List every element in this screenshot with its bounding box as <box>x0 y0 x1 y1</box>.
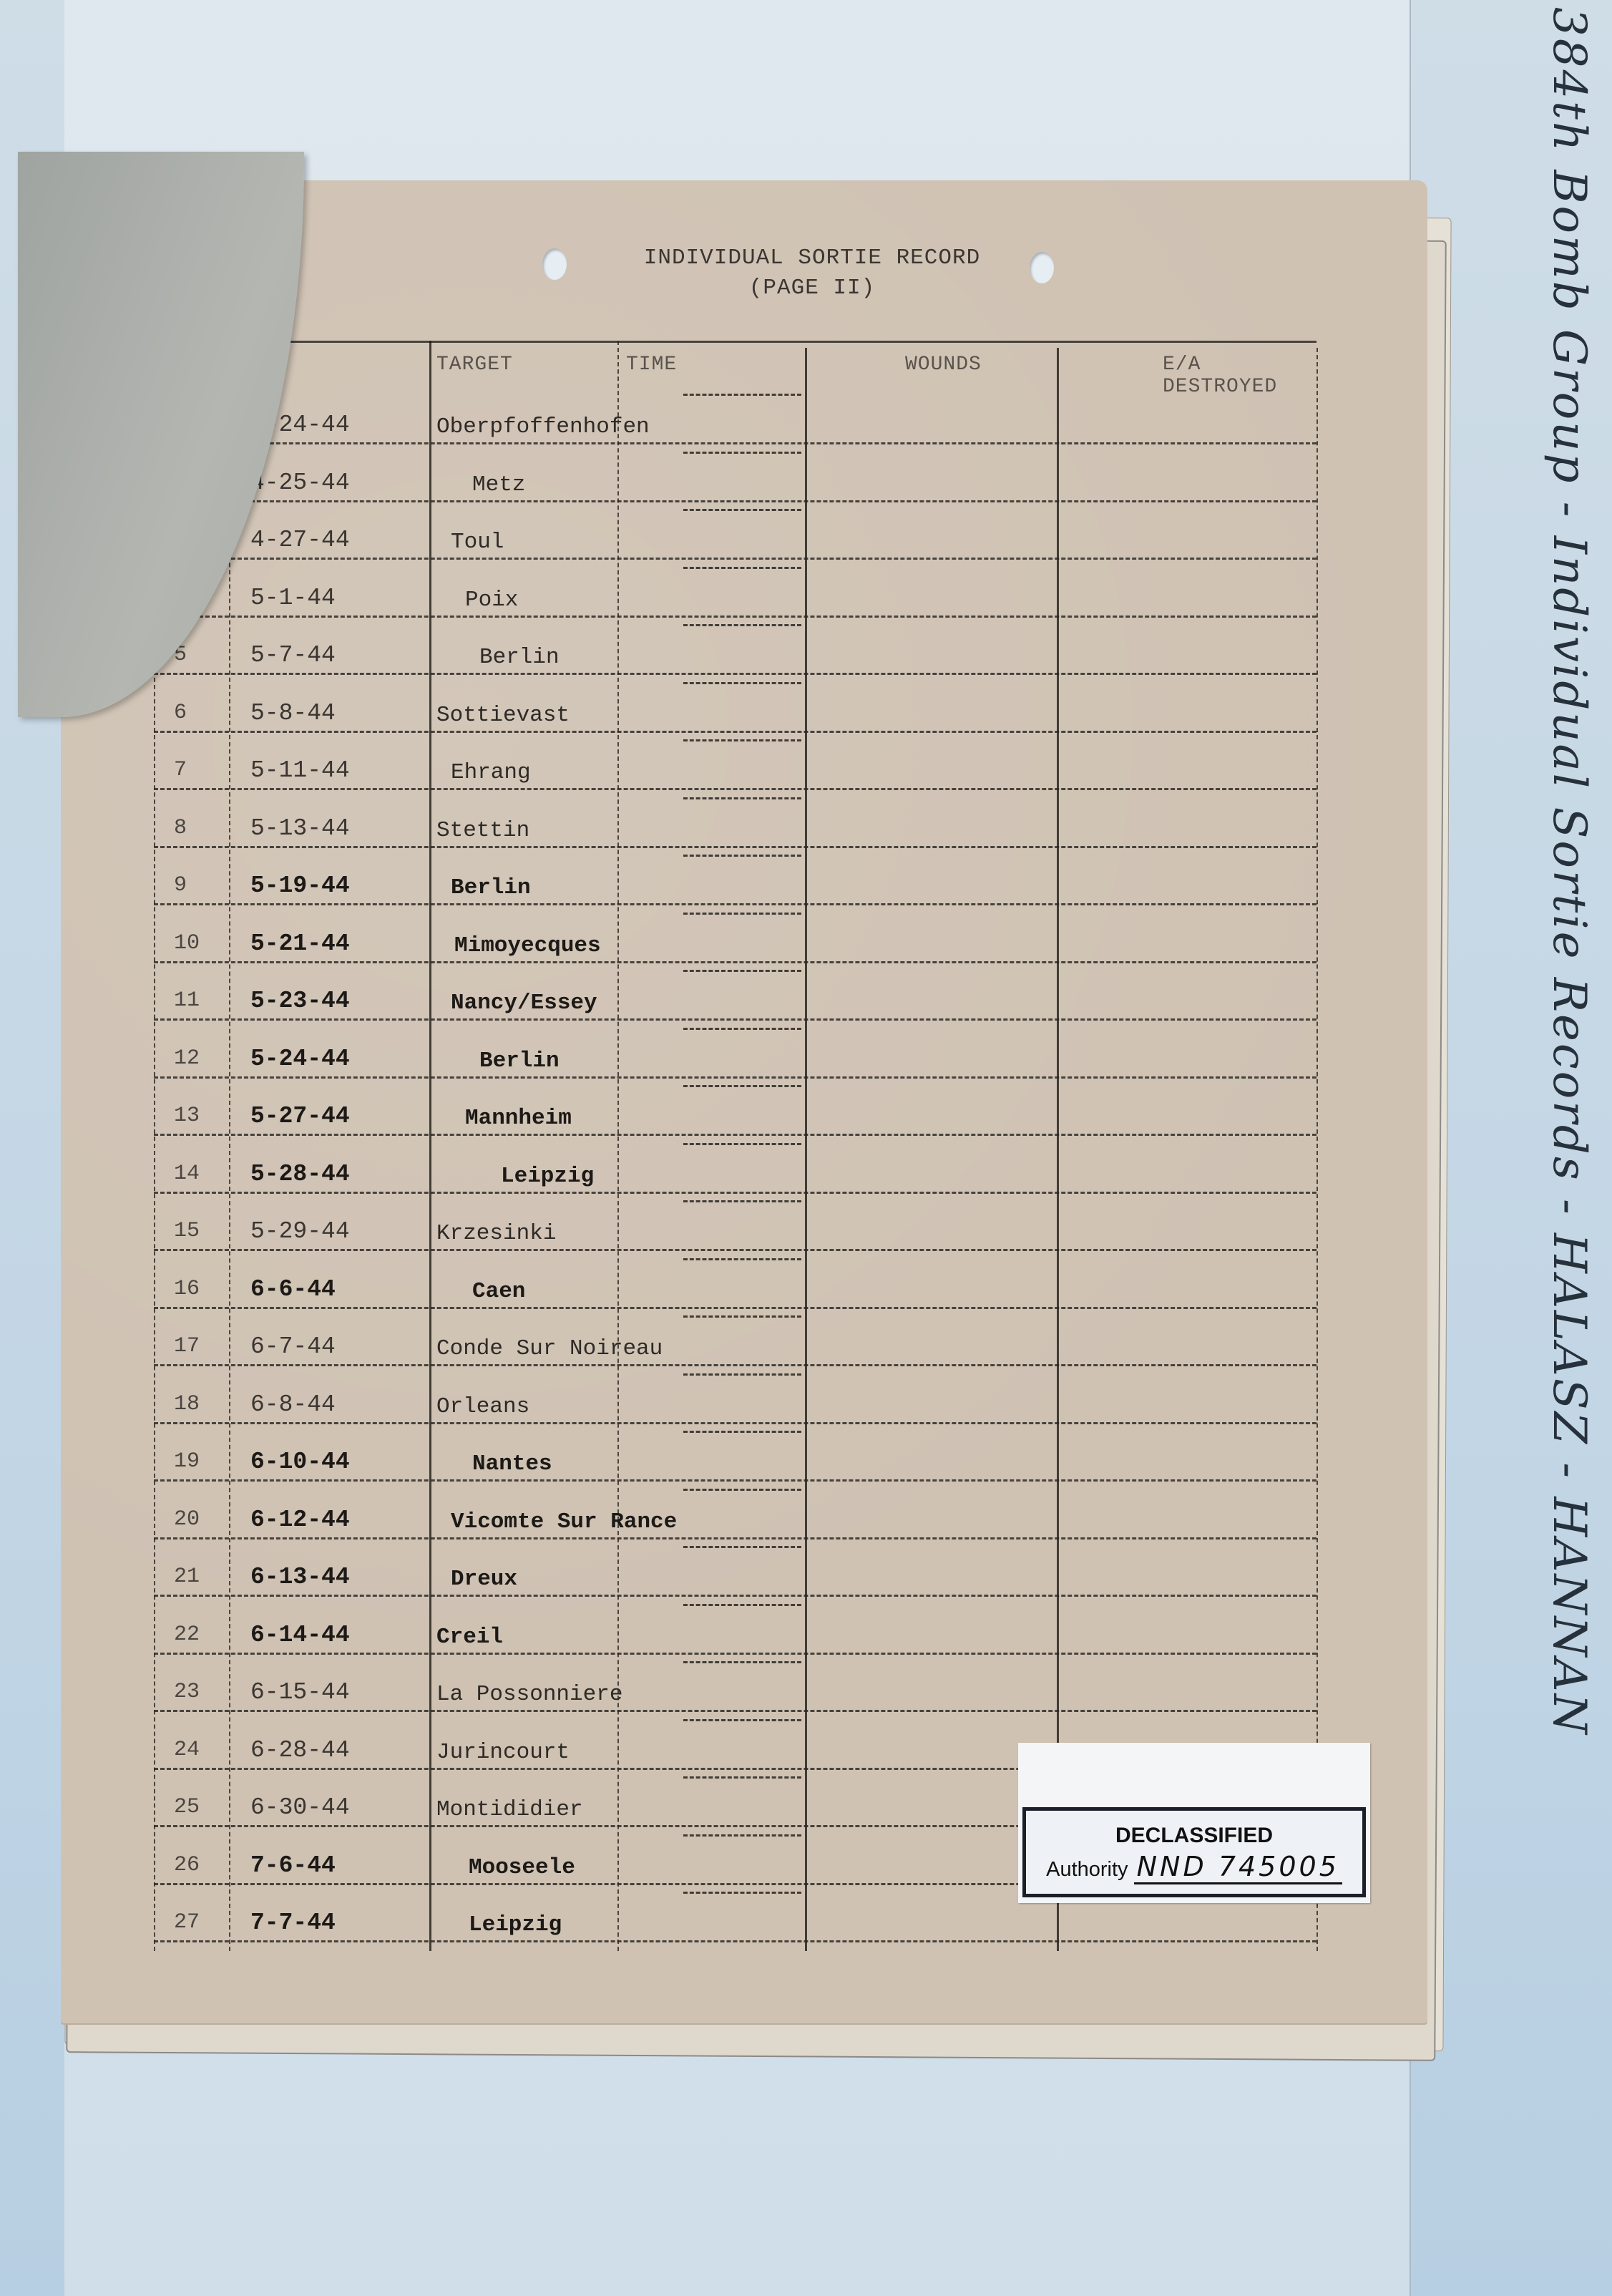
time-blank-dashes <box>683 1892 801 1894</box>
column-header-time: TIME <box>626 354 677 376</box>
table-row: 125-24-44Berlin <box>154 1019 1317 1076</box>
sortie-table: DATE TARGET TIME WOUNDS E/A DESTROYED 14… <box>154 341 1317 1951</box>
time-blank-dashes <box>683 624 801 626</box>
declassified-box: DECLASSIFIED Authority NND 745005 <box>1022 1807 1366 1897</box>
sortie-target: Stettin <box>436 818 529 843</box>
row-rule <box>154 1940 1317 1942</box>
row-number: 24 <box>174 1738 200 1762</box>
sortie-date: 6-12-44 <box>250 1507 350 1533</box>
time-blank-dashes <box>683 1200 801 1202</box>
time-blank-dashes <box>683 1546 801 1548</box>
sortie-target: Dreux <box>451 1567 517 1592</box>
time-blank-dashes <box>683 970 801 972</box>
time-blank-dashes <box>683 797 801 799</box>
sortie-target: Ehrang <box>451 760 531 785</box>
time-blank-dashes <box>683 567 801 569</box>
table-top-border <box>154 341 1317 343</box>
row-number: 22 <box>174 1623 200 1647</box>
sortie-date: 6-30-44 <box>250 1794 350 1821</box>
table-row: 155-29-44Krzesinki <box>154 1192 1317 1249</box>
sortie-date: 5-8-44 <box>250 700 336 726</box>
time-blank-dashes <box>683 1258 801 1260</box>
sortie-date: 5-11-44 <box>250 757 350 784</box>
time-blank-dashes <box>683 1431 801 1433</box>
sortie-target: Montididier <box>436 1797 583 1822</box>
row-number: 20 <box>174 1507 200 1532</box>
row-number: 8 <box>174 816 187 840</box>
table-row: 216-13-44Dreux <box>154 1537 1317 1595</box>
table-row: 65-8-44Sottievast <box>154 673 1317 731</box>
row-number: 7 <box>174 758 187 782</box>
title-text: INDIVIDUAL SORTIE RECORD <box>562 243 1063 273</box>
row-number: 6 <box>174 701 187 725</box>
time-blank-dashes <box>683 394 801 396</box>
sortie-target: Leipzig <box>501 1164 594 1189</box>
sortie-date: 5-24-44 <box>250 1046 350 1072</box>
table-row: 176-7-44Conde Sur Noireau <box>154 1307 1317 1364</box>
document-title: INDIVIDUAL SORTIE RECORD (PAGE II) <box>562 243 1063 303</box>
row-number: 15 <box>174 1219 200 1243</box>
time-blank-dashes <box>683 509 801 511</box>
sortie-date: 6-6-44 <box>250 1276 336 1303</box>
sortie-target: Vicomte Sur Rance <box>451 1509 677 1534</box>
time-blank-dashes <box>683 682 801 684</box>
table-row: 196-10-44Nantes <box>154 1422 1317 1479</box>
sortie-date: 4-25-44 <box>250 470 350 496</box>
sortie-target: Jurincourt <box>436 1740 570 1765</box>
sortie-target: Berlin <box>451 875 531 900</box>
sortie-date: 7-6-44 <box>250 1852 336 1879</box>
time-blank-dashes <box>683 739 801 741</box>
declassified-title: DECLASSIFIED <box>1026 1824 1362 1848</box>
table-row: 34-27-44Toul <box>154 500 1317 558</box>
table-row: 14-24-44Oberpfoffenhofen <box>154 385 1317 442</box>
sortie-date: 5-21-44 <box>250 930 350 957</box>
sortie-target: Nancy/Essey <box>451 991 597 1016</box>
sortie-target: Creil <box>436 1625 503 1650</box>
sortie-date: 6-15-44 <box>250 1679 350 1706</box>
sortie-date: 4-27-44 <box>250 527 350 553</box>
declassified-authority: Authority NND 745005 <box>1026 1851 1362 1884</box>
sortie-date: 5-13-44 <box>250 815 350 842</box>
time-blank-dashes <box>683 1373 801 1376</box>
time-blank-dashes <box>683 1143 801 1145</box>
sortie-target: Poix <box>465 588 518 613</box>
declassified-label: DECLASSIFIED Authority NND 745005 <box>1018 1743 1370 1903</box>
table-row: 85-13-44Stettin <box>154 789 1317 846</box>
table-row: 105-21-44Mimoyecques <box>154 904 1317 961</box>
table-row: 226-14-44Creil <box>154 1595 1317 1653</box>
row-number: 12 <box>174 1046 200 1071</box>
sortie-target: Mannheim <box>465 1106 572 1131</box>
sortie-target: Toul <box>451 530 504 555</box>
sortie-date: 5-23-44 <box>250 988 350 1014</box>
handwritten-margin-note: 384th Bomb Group - Individual Sortie Rec… <box>1524 7 1596 1510</box>
row-number: 25 <box>174 1795 200 1819</box>
time-blank-dashes <box>683 1315 801 1318</box>
table-row: 166-6-44Caen <box>154 1250 1317 1307</box>
sortie-target: Orleans <box>436 1394 529 1419</box>
row-number: 11 <box>174 988 200 1013</box>
row-number: 26 <box>174 1853 200 1877</box>
sortie-date: 5-1-44 <box>250 585 336 611</box>
table-row: 206-12-44Vicomte Sur Rance <box>154 1480 1317 1537</box>
sortie-date: 5-19-44 <box>250 872 350 899</box>
sortie-target: Conde Sur Noireau <box>436 1336 663 1361</box>
sortie-target: Metz <box>472 472 525 497</box>
table-row: 75-11-44Ehrang <box>154 731 1317 788</box>
time-blank-dashes <box>683 855 801 857</box>
sortie-target: Caen <box>472 1279 525 1304</box>
table-row: 24-25-44Metz <box>154 443 1317 500</box>
time-blank-dashes <box>683 913 801 915</box>
table-row: 45-1-44Poix <box>154 558 1317 616</box>
sortie-date: 5-27-44 <box>250 1103 350 1129</box>
row-number: 17 <box>174 1334 200 1358</box>
sortie-target: Mimoyecques <box>454 933 601 958</box>
time-blank-dashes <box>683 1604 801 1606</box>
authority-label: Authority <box>1046 1858 1128 1881</box>
table-row: 186-8-44Orleans <box>154 1365 1317 1422</box>
sortie-target: Oberpfoffenhofen <box>436 414 650 439</box>
row-number: 23 <box>174 1680 200 1704</box>
table-row: 135-27-44Mannheim <box>154 1076 1317 1134</box>
table-row: 115-23-44Nancy/Essey <box>154 961 1317 1018</box>
sortie-date: 5-7-44 <box>250 642 336 668</box>
column-header-target: TARGET <box>436 354 513 376</box>
sortie-target: Nantes <box>472 1451 552 1477</box>
sortie-date: 6-7-44 <box>250 1333 336 1360</box>
table-row: 145-28-44Leipzig <box>154 1134 1317 1192</box>
sortie-target: Krzesinki <box>436 1221 556 1246</box>
time-blank-dashes <box>683 1776 801 1779</box>
sortie-date: 6-28-44 <box>250 1737 350 1764</box>
row-number: 18 <box>174 1392 200 1416</box>
sortie-date: 6-8-44 <box>250 1391 336 1418</box>
sortie-date: 6-13-44 <box>250 1564 350 1590</box>
column-rule <box>1317 348 1318 1951</box>
time-blank-dashes <box>683 1028 801 1030</box>
sortie-target: Berlin <box>479 645 560 670</box>
row-number: 16 <box>174 1277 200 1301</box>
row-number: 14 <box>174 1162 200 1186</box>
sortie-target: La Possonniere <box>436 1682 622 1707</box>
sortie-target: Leipzig <box>469 1912 562 1937</box>
row-number: 19 <box>174 1449 200 1474</box>
row-number: 9 <box>174 873 187 898</box>
row-number: 10 <box>174 931 200 955</box>
time-blank-dashes <box>683 1489 801 1491</box>
table-row: 55-7-44Berlin <box>154 616 1317 673</box>
subtitle-text: (PAGE II) <box>562 273 1063 303</box>
time-blank-dashes <box>683 1834 801 1837</box>
row-number: 21 <box>174 1565 200 1589</box>
sortie-date: 5-29-44 <box>250 1218 350 1245</box>
sortie-date: 5-28-44 <box>250 1161 350 1187</box>
time-blank-dashes <box>683 1085 801 1087</box>
sortie-record-page: INDIVIDUAL SORTIE RECORD (PAGE II) DATE … <box>61 180 1427 2023</box>
time-blank-dashes <box>683 1719 801 1721</box>
time-blank-dashes <box>683 1661 801 1663</box>
sortie-date: 6-14-44 <box>250 1622 350 1648</box>
sortie-target: Sottievast <box>436 703 570 728</box>
sortie-date: 7-7-44 <box>250 1910 336 1936</box>
column-header-wounds: WOUNDS <box>905 354 982 376</box>
time-blank-dashes <box>683 452 801 454</box>
sortie-target: Mooseele <box>469 1855 575 1880</box>
authority-code: NND 745005 <box>1134 1851 1342 1884</box>
row-number: 13 <box>174 1104 200 1128</box>
table-row: 236-15-44La Possonniere <box>154 1653 1317 1710</box>
row-number: 27 <box>174 1910 200 1935</box>
table-row: 95-19-44Berlin <box>154 846 1317 903</box>
sortie-target: Berlin <box>479 1049 560 1074</box>
sortie-date: 6-10-44 <box>250 1449 350 1475</box>
